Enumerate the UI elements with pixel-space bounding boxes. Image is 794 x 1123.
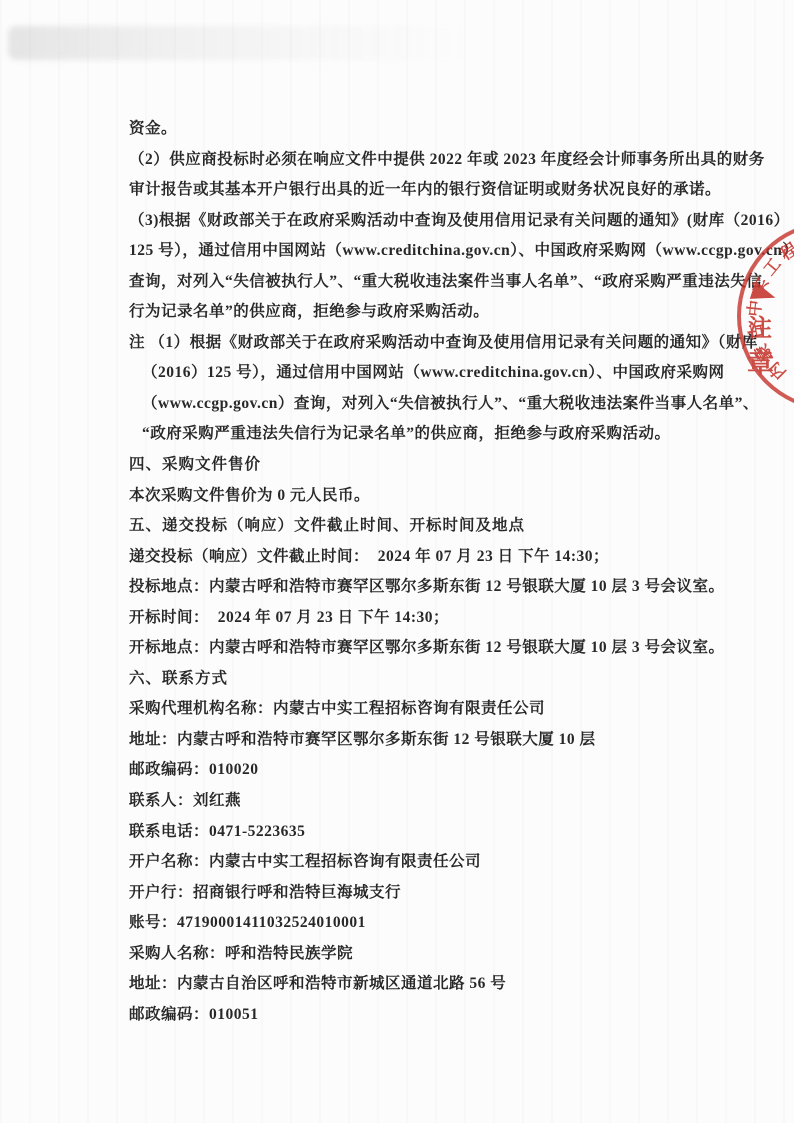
document-body: 资金。（2）供应商投标时必须在响应文件中提供 2022 年或 2023 年度经会… — [129, 114, 794, 1030]
document-line: 开标时间： 2024 年 07 月 23 日 下午 14:30； — [129, 603, 794, 634]
document-line: （2）供应商投标时必须在响应文件中提供 2022 年或 2023 年度经会计师事… — [129, 145, 794, 176]
agency-round-seal-stamp: 内蒙古中实工程招标咨询有限责任公司 注 章 — [737, 221, 794, 411]
document-line: 开户行：招商银行呼和浩特巨海城支行 — [129, 878, 794, 909]
document-line: 四、采购文件售价 — [129, 450, 794, 481]
document-line: “政府采购严重违法失信行为记录名单”的供应商，拒绝参与政府采购活动。 — [129, 419, 794, 450]
document-line: 账号：47190001411032524010001 — [129, 908, 794, 939]
document-line: （2016）125 号），通过信用中国网站（www.creditchina.go… — [129, 358, 794, 389]
document-line: 邮政编码：010020 — [129, 755, 794, 786]
document-line: 查询，对列入“失信被执行人”、“重大税收违法案件当事人名单”、“政府采购严重违法… — [129, 267, 794, 298]
scan-smudge-artifact — [8, 26, 468, 60]
document-line: 地址：内蒙古呼和浩特市赛罕区鄂尔多斯东街 12 号银联大厦 10 层 — [129, 725, 794, 756]
document-line: （3)根据《财政部关于在政府采购活动中查询及使用信用记录有关问题的通知》(财库（… — [129, 206, 794, 237]
document-line: 行为记录名单”的供应商，拒绝参与政府采购活动。 — [129, 297, 794, 328]
seal-center-char: 注 — [748, 317, 772, 341]
document-line: 联系电话：0471-5223635 — [129, 817, 794, 848]
document-page: 资金。（2）供应商投标时必须在响应文件中提供 2022 年或 2023 年度经会… — [0, 0, 794, 1123]
document-line: 递交投标（响应）文件截止时间： 2024 年 07 月 23 日 下午 14:3… — [129, 542, 794, 573]
document-line: 资金。 — [129, 114, 794, 145]
document-line: （www.ccgp.gov.cn）查询，对列入“失信被执行人”、“重大税收违法案… — [129, 389, 794, 420]
document-line: 注 （1）根据《财政部关于在政府采购活动中查询及使用信用记录有关问题的通知》（财… — [129, 328, 794, 359]
seal-center-char: 章 — [747, 351, 774, 378]
document-line: 联系人：刘红燕 — [129, 786, 794, 817]
document-line: 采购人名称：呼和浩特民族学院 — [129, 939, 794, 970]
document-line: 采购代理机构名称：内蒙古中实工程招标咨询有限责任公司 — [129, 694, 794, 725]
document-line: 地址：内蒙古自治区呼和浩特市新城区通道北路 56 号 — [129, 969, 794, 1000]
document-line: 审计报告或其基本开户银行出具的近一年内的银行资信证明或财务状况良好的承诺。 — [129, 175, 794, 206]
document-line: 六、联系方式 — [129, 664, 794, 695]
document-line: 投标地点：内蒙古呼和浩特市赛罕区鄂尔多斯东街 12 号银联大厦 10 层 3 号… — [129, 572, 794, 603]
document-line: 开标地点：内蒙古呼和浩特市赛罕区鄂尔多斯东街 12 号银联大厦 10 层 3 号… — [129, 633, 794, 664]
document-line: 本次采购文件售价为 0 元人民币。 — [129, 481, 794, 512]
document-line: 125 号），通过信用中国网站（www.creditchina.gov.cn）、… — [129, 236, 794, 267]
document-line: 开户名称：内蒙古中实工程招标咨询有限责任公司 — [129, 847, 794, 878]
document-line: 邮政编码：010051 — [129, 1000, 794, 1031]
document-line: 五、递交投标（响应）文件截止时间、开标时间及地点 — [129, 511, 794, 542]
